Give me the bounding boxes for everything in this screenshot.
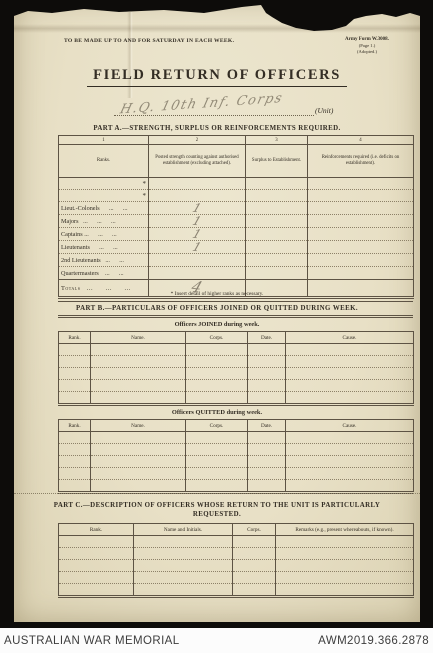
col-header-date: Date.: [248, 332, 286, 344]
unit-entry-area: H.Q. 10th Inf. Corps (Unit): [112, 94, 342, 120]
table-row: [59, 456, 414, 468]
col-number: 1: [59, 136, 149, 145]
archive-item-id: AWM2019.366.2878: [318, 635, 429, 647]
handwritten-unit-name: H.Q. 10th Inf. Corps: [118, 88, 331, 118]
col-header-remarks: Remarks (e.g., present whereabouts, if k…: [276, 524, 414, 536]
col-number: 4: [308, 136, 414, 145]
part-a-footnote: * Insert detail of higher ranks as neces…: [14, 291, 420, 297]
col-header-name: Name.: [91, 332, 186, 344]
rank-label: 2nd Lieutenants ... ...: [61, 257, 124, 264]
col-header-cause: Cause.: [286, 332, 414, 344]
table-row: [59, 356, 414, 368]
part-a-table: 1 2 3 4 Ranks. Posted strength counting …: [58, 135, 414, 299]
table-row: [59, 368, 414, 380]
table-row: [59, 548, 414, 560]
rank-label: Lieut.-Colonels ... ...: [61, 205, 128, 212]
table-row-lieutenants: Lieutenants ... ... 1: [59, 241, 414, 254]
officers-quitted-title: Officers QUITTED during week.: [14, 409, 420, 416]
col-header-reinforcements: Reinforcements required (i.e. deficits o…: [308, 145, 414, 178]
handwritten-count: 1: [192, 215, 203, 226]
table-row: [59, 480, 414, 493]
part-c-heading-line2: REQUESTED.: [14, 511, 420, 518]
army-form-adopted: (Adopted.): [332, 49, 402, 55]
col-header-surplus: Surplus to Establishment.: [246, 145, 308, 178]
col-number: 2: [149, 136, 246, 145]
col-number: 3: [246, 136, 308, 145]
col-header-corps: Corps.: [233, 524, 276, 536]
table-row: *: [59, 178, 414, 190]
table-row-captains: Captains ... ... ... 1: [59, 228, 414, 241]
col-header-ranks: Ranks.: [59, 145, 149, 178]
table-row: *: [59, 190, 414, 202]
officers-quitted-table: Rank. Name. Corps. Date. Cause.: [58, 419, 414, 494]
col-header-cause: Cause.: [286, 420, 414, 432]
table-row: [59, 584, 414, 597]
officers-joined-title: Officers JOINED during week.: [14, 321, 420, 328]
col-header-posted-strength: Posted strength counting against authori…: [149, 145, 246, 178]
col-header-name-initials: Name and Initials.: [134, 524, 233, 536]
part-c-heading-line1: PART C.—DESCRIPTION OF OFFICERS WHOSE RE…: [14, 502, 420, 509]
part-b-heading: PART B.—PARTICULARS OF OFFICERS JOINED O…: [14, 305, 420, 312]
table-row: [59, 536, 414, 548]
handwritten-count: 1: [192, 241, 203, 252]
handwritten-count: 1: [192, 228, 203, 239]
quitted-header-row: Rank. Name. Corps. Date. Cause.: [59, 420, 414, 432]
part-a-heading: PART A.—STRENGTH, SURPLUS OR REINFORCEME…: [14, 125, 420, 132]
table-row: [59, 560, 414, 572]
army-form-reference: Army Form W.3008. (Page 1.) (Adopted.): [332, 37, 402, 55]
col-header-corps: Corps.: [186, 332, 248, 344]
higher-rank-asterisk: *: [61, 181, 146, 187]
table-row-lieut-colonels: Lieut.-Colonels ... ... 1: [59, 202, 414, 215]
table-row: [59, 392, 414, 405]
part-c-header-row: Rank. Name and Initials. Corps. Remarks …: [59, 524, 414, 536]
section-rule: [58, 301, 413, 302]
col-header-rank: Rank.: [59, 524, 134, 536]
part-a-header-row: Ranks. Posted strength counting against …: [59, 145, 414, 178]
table-row: [59, 344, 414, 356]
table-row-2nd-lieutenants: 2nd Lieutenants ... ...: [59, 254, 414, 267]
weekly-instruction-text: TO BE MADE UP TO AND FOR SATURDAY IN EAC…: [64, 38, 234, 44]
col-header-rank: Rank.: [59, 420, 91, 432]
paper-crease-horizontal: [14, 24, 420, 33]
joined-header-row: Rank. Name. Corps. Date. Cause.: [59, 332, 414, 344]
col-header-corps: Corps.: [186, 420, 248, 432]
part-a-column-numbers: 1 2 3 4: [59, 136, 414, 145]
handwritten-count: 1: [192, 202, 203, 213]
col-header-name: Name.: [91, 420, 186, 432]
archive-institution-label: AUSTRALIAN WAR MEMORIAL: [4, 635, 180, 647]
table-row-quartermasters: Quartermasters ... ...: [59, 267, 414, 280]
rank-label: Captains ... ... ...: [61, 231, 117, 238]
archive-caption-bar: AUSTRALIAN WAR MEMORIAL AWM2019.366.2878: [0, 628, 433, 653]
table-row-majors: Majors ... ... ... 1: [59, 215, 414, 228]
table-row: [59, 380, 414, 392]
perforation-dotted-line: [14, 493, 420, 494]
section-rule-double: [58, 315, 413, 318]
rank-label: Quartermasters ... ...: [61, 270, 124, 277]
officers-joined-table: Rank. Name. Corps. Date. Cause.: [58, 331, 414, 406]
unit-caption: (Unit): [315, 106, 333, 115]
table-row: [59, 572, 414, 584]
rank-label: Lieutenants ... ...: [61, 244, 118, 251]
table-row: [59, 444, 414, 456]
col-header-date: Date.: [248, 420, 286, 432]
rank-label: Majors ... ... ...: [61, 218, 116, 225]
form-title: FIELD RETURN OF OFFICERS: [14, 66, 420, 87]
part-c-table: Rank. Name and Initials. Corps. Remarks …: [58, 523, 414, 598]
higher-rank-asterisk: *: [61, 193, 146, 199]
table-row: [59, 432, 414, 444]
col-header-rank: Rank.: [59, 332, 91, 344]
table-row: [59, 468, 414, 480]
form-scan-paper: TO BE MADE UP TO AND FOR SATURDAY IN EAC…: [14, 0, 420, 622]
